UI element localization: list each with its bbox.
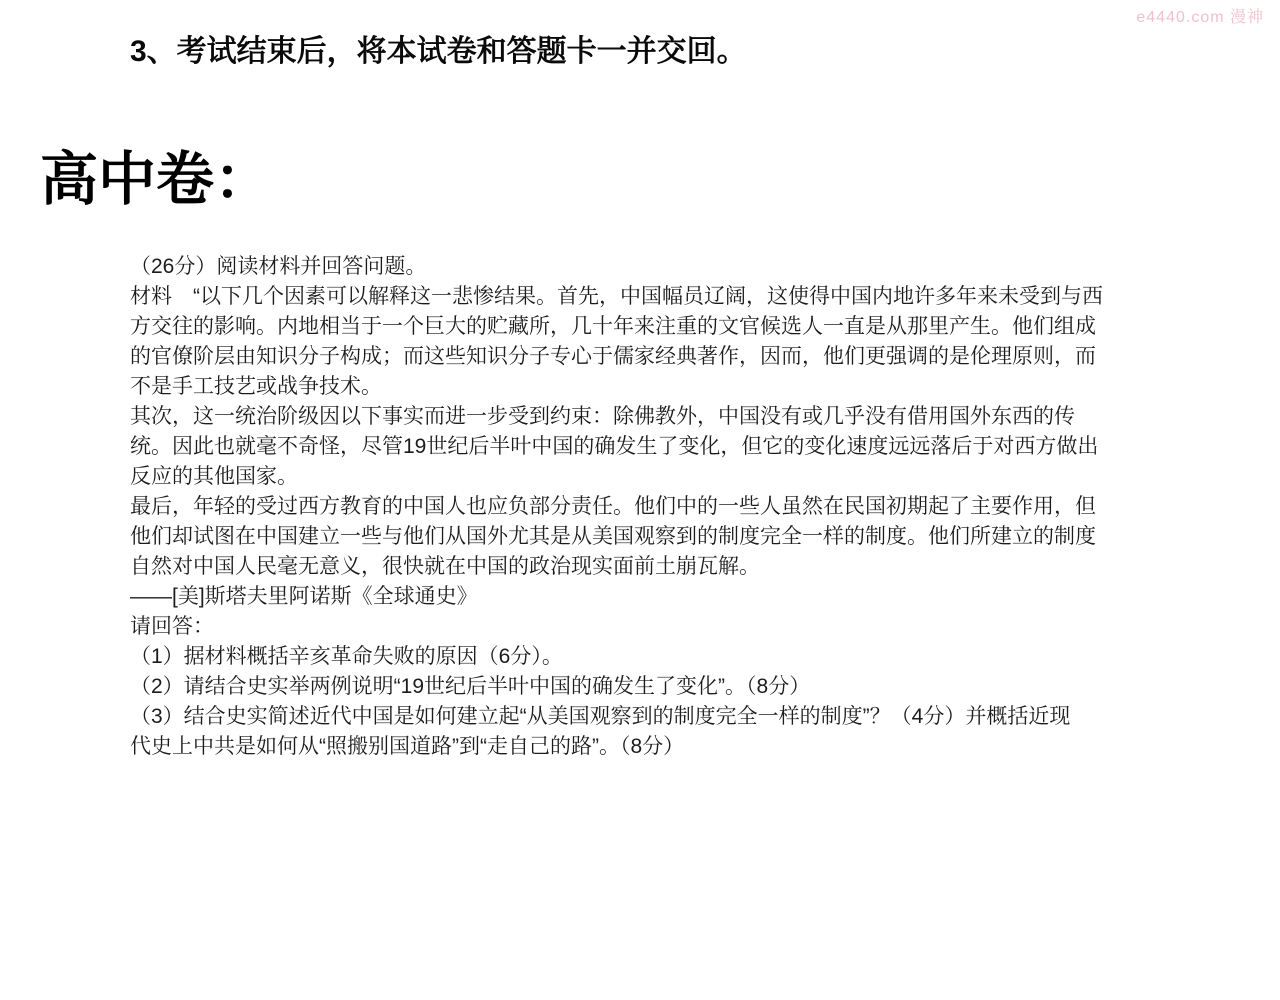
line-second-1: 其次，这一统治阶级因以下事实而进一步受到约束：除佛教外，中国没有或几乎没有借用国… bbox=[130, 402, 1130, 432]
line-last-1: 最后，年轻的受过西方教育的中国人也应负部分责任。他们中的一些人虽然在民国初期起了… bbox=[130, 492, 1130, 522]
line-material-4: 不是手工技艺或战争技术。 bbox=[130, 372, 1130, 402]
line-answer-prompt: 请回答： bbox=[130, 612, 1130, 642]
line-question-3a: （3）结合史实简述近代中国是如何建立起“从美国观察到的制度完全一样的制度”？（4… bbox=[130, 702, 1130, 732]
line-question-3b: 代史上中共是如何从“照搬别国道路”到“走自己的路”。（8分） bbox=[130, 732, 1130, 762]
line-second-3: 反应的其他国家。 bbox=[130, 462, 1130, 492]
question-block: （26分）阅读材料并回答问题。 材料 “以下几个因素可以解释这一悲惨结果。首先，… bbox=[130, 252, 1130, 762]
line-material-3: 的官僚阶层由知识分子构成；而这些知识分子专心于儒家经典著作，因而，他们更强调的是… bbox=[130, 342, 1130, 372]
line-intro: （26分）阅读材料并回答问题。 bbox=[130, 252, 1130, 282]
line-second-2: 统。因此也就毫不奇怪，尽管19世纪后半叶中国的确发生了变化，但它的变化速度远远落… bbox=[130, 432, 1130, 462]
line-question-2: （2）请结合史实举两例说明“19世纪后半叶中国的确发生了变化”。（8分） bbox=[130, 672, 1130, 702]
line-material-1: 材料 “以下几个因素可以解释这一悲惨结果。首先，中国幅员辽阔，这使得中国内地许多… bbox=[130, 282, 1130, 312]
line-last-3: 自然对中国人民毫无意义，很快就在中国的政治现实面前土崩瓦解。 bbox=[130, 552, 1130, 582]
line-material-2: 方交往的影响。内地相当于一个巨大的贮藏所，几十年来注重的文官候选人一直是从那里产… bbox=[130, 312, 1130, 342]
watermark: e4440.com 漫神 bbox=[1136, 4, 1264, 27]
line-source: ——[美]斯塔夫里阿诺斯《全球通史》 bbox=[130, 582, 1130, 612]
line-question-1: （1）据材料概括辛亥革命失败的原因（6分）。 bbox=[130, 642, 1130, 672]
line-last-2: 他们却试图在中国建立一些与他们从国外尤其是从美国观察到的制度完全一样的制度。他们… bbox=[130, 522, 1130, 552]
exam-instruction-3: 3、考试结束后，将本试卷和答题卡一并交回。 bbox=[130, 33, 747, 71]
page-title: 高中卷： bbox=[40, 146, 272, 214]
